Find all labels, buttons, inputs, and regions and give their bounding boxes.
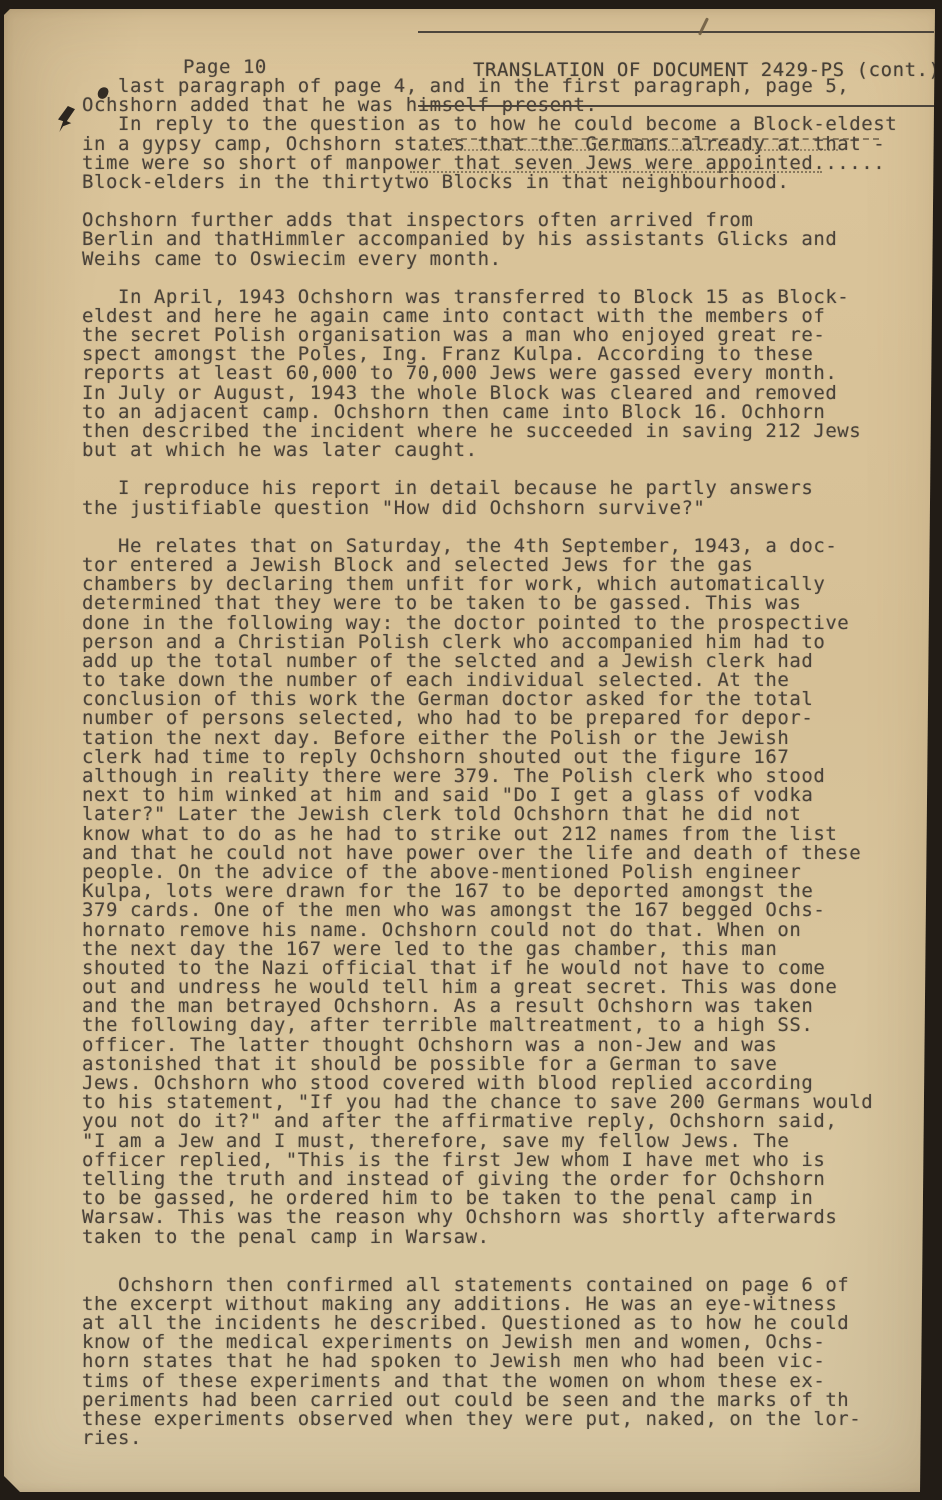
text-line: reports at least 60,000 to 70,000 Jews w… <box>82 364 942 383</box>
text-line: In reply to the question as to how he co… <box>82 115 942 134</box>
paragraph: Ochshorn then confirmed all statements c… <box>82 1276 942 1449</box>
text-line: I reproduce his report in detail because… <box>82 479 942 498</box>
document-page: TRANSLATION OF DOCUMENT 2429-PS (cont.) … <box>4 9 938 1492</box>
text-line: Block-elders in the thirtytwo Blocks in … <box>82 173 942 192</box>
paragraph: In reply to the question as to how he co… <box>82 115 942 192</box>
text-line: in a gypsy camp, Ochshorn states that th… <box>82 135 942 154</box>
text-line: determined that they were to be taken to… <box>82 594 942 613</box>
text-line: the justifiable question "How did Ochsho… <box>82 499 942 518</box>
text-line: number of persons selected, who had to b… <box>82 709 942 728</box>
text-line: taken to the penal camp in Warsaw. <box>82 1228 942 1247</box>
text-line: hornato remove his name. Ochshorn could … <box>82 921 942 940</box>
text-line: "I am a Jew and I must, therefore, save … <box>82 1132 942 1151</box>
text-line: officer. The latter thought Ochshorn was… <box>82 1036 942 1055</box>
page-number: Page 10 <box>183 57 942 77</box>
text-line: Warsaw. This was the reason why Ochshorn… <box>82 1208 942 1227</box>
text-line: the following day, after terrible maltre… <box>82 1016 942 1035</box>
text-line: these experiments observed when they wer… <box>82 1410 942 1429</box>
text-line: Weihs came to Oswiecim every month. <box>82 250 942 269</box>
text-line: In July or August, 1943 the whole Block … <box>82 384 942 403</box>
text-line: Ochshorn then confirmed all statements c… <box>82 1276 942 1295</box>
paragraph: In April, 1943 Ochshorn was transferred … <box>82 288 942 461</box>
text-line: later?" Later the Jewish clerk told Ochs… <box>82 805 942 824</box>
text-line: done in the following way: the doctor po… <box>82 614 942 633</box>
text-line: Berlin and thatHimmler accompanied by hi… <box>82 230 942 249</box>
paragraph: I reproduce his report in detail because… <box>82 479 942 517</box>
text-line: know what to do as he had to strike out … <box>82 825 942 844</box>
text-line: the next day the 167 were led to the gas… <box>82 940 942 959</box>
text-line: ries. <box>82 1429 942 1448</box>
ink-margin-mark <box>58 106 75 132</box>
paragraph: He relates that on Saturday, the 4th Sep… <box>82 537 942 1247</box>
text-line: 379 cards. One of the men who was amongs… <box>82 901 942 920</box>
paragraph: Ochshorn further adds that inspectors of… <box>82 211 942 269</box>
text-line: In April, 1943 Ochshorn was transferred … <box>82 288 942 307</box>
text-line: you not do it?" and after the affirmativ… <box>82 1112 942 1131</box>
text-line: tation the next day. Before either the P… <box>82 729 942 748</box>
text-line: but at which he was later caught. <box>82 441 942 460</box>
text-line: horn states that he had spoken to Jewish… <box>82 1352 942 1371</box>
text-line: tims of these experiments and that the w… <box>82 1372 942 1391</box>
paragraph: last paragraph of page 4, and in the fir… <box>82 77 942 115</box>
text-line: person and a Christian Polish clerk who … <box>82 633 942 652</box>
document-body: Page 10 last paragraph of page 4, and in… <box>82 57 942 1448</box>
